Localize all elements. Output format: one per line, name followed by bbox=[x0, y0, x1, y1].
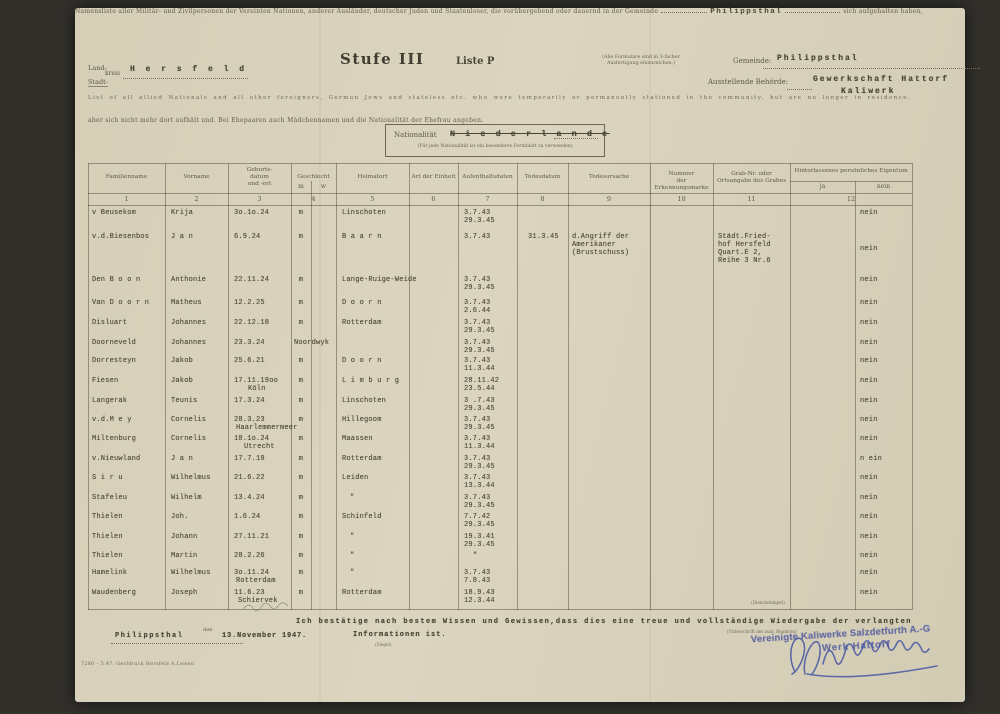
gemeinde-value: Philippsthal bbox=[777, 54, 859, 63]
cell-geburtsdatum: 6.9.24 bbox=[234, 233, 260, 241]
cell-heimatort: L i m b u r g bbox=[342, 377, 399, 385]
cell-eigentum: nein bbox=[860, 494, 878, 502]
cell-geschlecht: m bbox=[291, 397, 311, 405]
cell-geschlecht: m bbox=[291, 209, 311, 217]
cell-aufenthaltsdaten: 29.3.45 bbox=[464, 347, 495, 355]
cell-familienname: Doorneveld bbox=[92, 339, 136, 347]
cell-aufenthaltsdaten: 29.3.45 bbox=[464, 284, 495, 292]
table-hline bbox=[88, 193, 912, 194]
gemeinde-label: Gemeinde: bbox=[733, 57, 771, 65]
cell-geburtsdatum: 3o.1o.24 bbox=[234, 209, 269, 217]
table-row: WaudenbergJoseph11.6.23SchiervekmRotterd… bbox=[88, 588, 912, 610]
cell-grab: Quart.E 2, bbox=[718, 249, 762, 257]
column-header-line: der Erkennungsmarke bbox=[650, 178, 713, 192]
nationality-label: Nationalität bbox=[394, 131, 437, 139]
cell-geschlecht: m bbox=[291, 435, 311, 443]
column-header: Familienname bbox=[88, 174, 165, 181]
cell-eigentum: nein bbox=[860, 513, 878, 521]
cell-geschlecht: m bbox=[291, 299, 311, 307]
cell-geburtsdatum: 22.12.18 bbox=[234, 319, 269, 327]
column-header-line: Todesursache bbox=[568, 174, 650, 181]
column-header-line: Vorname bbox=[165, 174, 228, 181]
table-row: MiltenburgCornelis18.1o.24UtrechtmMaasse… bbox=[88, 434, 912, 454]
cell-geburtsort: Haarlemmermeer bbox=[236, 424, 298, 432]
dotted-leader bbox=[785, 12, 840, 13]
cell-vorname: Johann bbox=[171, 533, 197, 541]
pencil-mark bbox=[241, 600, 291, 614]
cell-geschlecht: m bbox=[291, 377, 311, 385]
cell-aufenthaltsdaten: 18.9.43 bbox=[464, 589, 495, 597]
table-row: S i r uWilhelmus21.6.22mLeiden3.7.4313.3… bbox=[88, 473, 912, 493]
cell-familienname: v.Nieuwland bbox=[92, 455, 140, 463]
cell-geburtsdatum: 17.11.19oo bbox=[234, 377, 278, 385]
column-header-line: und -ort bbox=[228, 181, 291, 188]
cell-aufenthaltsdaten: 29.3.45 bbox=[464, 463, 495, 471]
cell-vorname: Cornelis bbox=[171, 416, 206, 424]
cell-eigentum: nein bbox=[860, 552, 878, 560]
column-header-line: Nummer bbox=[650, 171, 713, 178]
cell-aufenthaltsdaten: 12.3.44 bbox=[464, 597, 495, 605]
form-note: (Alle Formulare sind in 3-facher Ausfert… bbox=[581, 55, 701, 66]
table-row: ThielenJoh.1.6.24mSchinfeld7.7.4229.3.45… bbox=[88, 512, 912, 532]
cell-geschlecht: m bbox=[291, 569, 311, 577]
table-row: LangerakTeunis17.3.24mLinschoten3 .7.432… bbox=[88, 396, 912, 415]
cell-aufenthaltsdaten: 3.7.43 bbox=[464, 416, 490, 424]
column-header: Aufenthaltsdaten bbox=[458, 174, 517, 181]
column-header: Vorname bbox=[165, 174, 228, 181]
table-hline bbox=[790, 181, 912, 182]
signature bbox=[775, 618, 965, 680]
column-header-line: Ortsangabe des Grabes bbox=[713, 178, 790, 185]
subheader-nein: nein bbox=[855, 183, 912, 190]
cell-aufenthaltsdaten: 7.7.42 bbox=[464, 513, 490, 521]
cell-heimatort: " bbox=[350, 494, 354, 502]
cell-familienname: Waudenberg bbox=[92, 589, 136, 597]
cell-geschlecht: m bbox=[291, 552, 311, 560]
column-header-line: Heimatort bbox=[336, 174, 409, 181]
confirmation-line2: Informationen ist. bbox=[353, 631, 447, 639]
cell-aufenthaltsdaten: 7.8.43 bbox=[464, 577, 490, 585]
cell-familienname: Van D o o r n bbox=[92, 299, 149, 307]
column-number: 9 bbox=[568, 195, 650, 203]
cell-aufenthaltsdaten: 29.3.45 bbox=[464, 217, 495, 225]
table-row: DisluartJohannes22.12.18mRotterdam3.7.43… bbox=[88, 318, 912, 338]
cell-geschlecht: m bbox=[291, 319, 311, 327]
cell-aufenthaltsdaten: 3.7.43 bbox=[464, 209, 490, 217]
subheader-m: m bbox=[291, 183, 311, 190]
cell-geburtsort: Utrecht bbox=[244, 443, 275, 451]
cell-aufenthaltsdaten: 29.3.45 bbox=[464, 405, 495, 413]
cell-vorname: Jakob bbox=[171, 377, 193, 385]
column-header-line: Aufenthaltsdaten bbox=[458, 174, 517, 181]
cell-eigentum: nein bbox=[860, 397, 878, 405]
cell-geschlecht: m bbox=[291, 233, 311, 241]
cell-familienname: Dorresteyn bbox=[92, 357, 136, 365]
cell-vorname: J a n bbox=[171, 455, 193, 463]
table-row: v.d.M e yCornelis28.3.23HaarlemmermeermH… bbox=[88, 415, 912, 434]
cell-geburtsdatum: 28.2.26 bbox=[234, 552, 265, 560]
cell-vorname: Joseph bbox=[171, 589, 197, 597]
gemeinde-line bbox=[763, 67, 980, 69]
cell-vorname: Jakob bbox=[171, 357, 193, 365]
table-row: StafeleuWilhelm13.4.24m"3.7.4329.3.45nei… bbox=[88, 493, 912, 512]
cell-vorname: J a n bbox=[171, 233, 193, 241]
cell-geburtsdatum: 1.6.24 bbox=[234, 513, 260, 521]
column-header-line: Hinterlassenes persönliches Eigentum bbox=[790, 168, 912, 175]
paragraph-german-1: Namensliste aller Militär- und Zivilpers… bbox=[75, 8, 658, 15]
cell-heimatort: Noordwyk bbox=[294, 339, 329, 347]
table-row: v.NieuwlandJ a n17.7.19mRotterdam3.7.432… bbox=[88, 454, 912, 473]
cell-vorname: Wilhelmus bbox=[171, 569, 211, 577]
cell-vorname: Krija bbox=[171, 209, 193, 217]
cell-heimatort: D o o r n bbox=[342, 299, 382, 307]
cell-familienname: Stafeleu bbox=[92, 494, 127, 502]
cell-todesursache: (Brustschuss) bbox=[572, 249, 629, 257]
cell-geschlecht: m bbox=[291, 474, 311, 482]
cell-aufenthaltsdaten: 2.6.44 bbox=[464, 307, 490, 315]
dienststempel-note: (Dienststempel) bbox=[751, 600, 785, 605]
cell-geschlecht: m bbox=[291, 276, 311, 284]
cell-aufenthaltsdaten: 3.7.43 bbox=[464, 319, 490, 327]
den-label: den bbox=[203, 627, 212, 633]
column-header-line: Art der Einheit bbox=[409, 174, 458, 181]
cell-grab: Städt.Fried- bbox=[718, 233, 771, 241]
behoerde-value1: Gewerkschaft Hattorf bbox=[813, 75, 949, 84]
column-header-line: Familienname bbox=[88, 174, 165, 181]
column-header: Todesdatum bbox=[517, 174, 568, 181]
cell-vorname: Wilhelm bbox=[171, 494, 202, 502]
cell-aufenthaltsdaten: 11.3.44 bbox=[464, 365, 495, 373]
cell-geschlecht: m bbox=[291, 455, 311, 463]
cell-familienname: Hamelink bbox=[92, 569, 127, 577]
kreis-line bbox=[123, 77, 248, 79]
liste-label: Liste P bbox=[456, 56, 494, 67]
table-row: FiesenJakob17.11.19ooKölnmL i m b u r g2… bbox=[88, 376, 912, 396]
table-vline bbox=[912, 163, 913, 610]
cell-eigentum: nein bbox=[860, 357, 878, 365]
column-number: 6 bbox=[409, 195, 458, 203]
cell-familienname: Fiesen bbox=[92, 377, 118, 385]
cell-geburtsdatum: 17.3.24 bbox=[234, 397, 265, 405]
cell-heimatort: D o o r n bbox=[342, 357, 382, 365]
cell-familienname: Thielen bbox=[92, 552, 123, 560]
column-header: Heimatort bbox=[336, 174, 409, 181]
cell-eigentum: nein bbox=[860, 416, 878, 424]
cell-eigentum: nein bbox=[860, 569, 878, 577]
cell-heimatort: Rotterdam bbox=[342, 319, 382, 327]
kreis-value: H e r s f e l d bbox=[130, 65, 247, 74]
column-number: 12 bbox=[790, 195, 912, 203]
column-number: 4 bbox=[291, 195, 336, 203]
table-row: v BeusekomKrija3o.1o.24mLinschoten3.7.43… bbox=[88, 208, 912, 232]
paragraph-english: List of all allied Nationals and all oth… bbox=[88, 95, 936, 101]
column-header: Hinterlassenes persönliches Eigentum bbox=[790, 168, 912, 175]
cell-vorname: Joh. bbox=[171, 513, 189, 521]
document-paper: Stufe III Liste P (Alle Formulare sind i… bbox=[75, 8, 965, 702]
cell-heimatort: Rotterdam bbox=[342, 455, 382, 463]
subheader-w: w bbox=[311, 183, 336, 190]
form-title: Stufe III bbox=[340, 50, 424, 68]
column-header-line: Grab-Nr. oder bbox=[713, 171, 790, 178]
land-label: Land- bbox=[88, 64, 107, 72]
cell-eigentum: nein bbox=[860, 209, 878, 217]
column-header-line: Geschlecht bbox=[291, 174, 336, 181]
column-number: 2 bbox=[165, 195, 228, 203]
cell-heimatort: Maassen bbox=[342, 435, 373, 443]
cell-eigentum: nein bbox=[860, 319, 878, 327]
date-value: 13.November 1947. bbox=[222, 632, 307, 640]
cell-familienname: v.d.Biesenbos bbox=[92, 233, 149, 241]
print-code: 7280 – 5.47. Gevldruck Hersfeld A.Leisen bbox=[81, 662, 194, 667]
dotted-leader bbox=[661, 12, 707, 13]
nationality-box: Nationalität N i e d e r l a n d e (Für … bbox=[385, 124, 605, 157]
column-header-line: datum bbox=[228, 174, 291, 181]
cell-aufenthaltsdaten: 29.3.45 bbox=[464, 327, 495, 335]
cell-heimatort: Leiden bbox=[342, 474, 368, 482]
cell-aufenthaltsdaten: 3.7.43 bbox=[464, 357, 490, 365]
cell-aufenthaltsdaten: 3 .7.43 bbox=[464, 397, 495, 405]
cell-geburtsort: Rotterdam bbox=[236, 577, 276, 585]
cell-geburtsdatum: 13.4.24 bbox=[234, 494, 265, 502]
cell-geburtsdatum: 27.11.21 bbox=[234, 533, 269, 541]
table-hline bbox=[88, 163, 912, 164]
cell-aufenthaltsdaten: 23.5.44 bbox=[464, 385, 495, 393]
cell-eigentum: nein bbox=[860, 589, 878, 597]
cell-geburtsdatum: 22.11.24 bbox=[234, 276, 269, 284]
cell-aufenthaltsdaten: 3.7.43 bbox=[464, 299, 490, 307]
cell-familienname: v Beusekom bbox=[92, 209, 136, 217]
cell-geburtsdatum: 3o.11.24 bbox=[234, 569, 269, 577]
cell-grab: Reihe 3 Nr.6 bbox=[718, 257, 771, 265]
cell-heimatort: Rotterdam bbox=[342, 589, 382, 597]
paragraph-german-3: aber sich nicht mehr dort aufhält und. B… bbox=[88, 117, 483, 124]
table-row: ThielenMartin28.2.26m""nein bbox=[88, 551, 912, 568]
data-table: FamiliennameVornameGeburts-datumund -ort… bbox=[88, 163, 912, 610]
place-line bbox=[111, 642, 243, 644]
cell-aufenthaltsdaten: 29.3.45 bbox=[464, 424, 495, 432]
cell-eigentum: nein bbox=[860, 276, 878, 284]
cell-vorname: Johannes bbox=[171, 319, 206, 327]
cell-vorname: Wilhelmus bbox=[171, 474, 211, 482]
cell-familienname: S i r u bbox=[92, 474, 123, 482]
paragraph-german: Namensliste aller Militär- und Zivilpers… bbox=[75, 8, 923, 16]
cell-heimatort: " bbox=[350, 533, 354, 541]
cell-familienname: Thielen bbox=[92, 513, 123, 521]
place-value: Philippsthal bbox=[115, 632, 183, 640]
cell-aufenthaltsdaten: 3.7.43 bbox=[464, 494, 490, 502]
column-header: Art der Einheit bbox=[409, 174, 458, 181]
cell-vorname: Matheus bbox=[171, 299, 202, 307]
kreis-label: kreis bbox=[105, 70, 120, 77]
cell-geschlecht: m bbox=[291, 533, 311, 541]
column-number: 1 bbox=[88, 195, 165, 203]
cell-geburtsdatum: 11.6.23 bbox=[234, 589, 265, 597]
cell-familienname: v.d.M e y bbox=[92, 416, 132, 424]
cell-eigentum: n ein bbox=[860, 455, 882, 463]
table-hline bbox=[88, 205, 912, 206]
cell-heimatort: B a a r n bbox=[342, 233, 382, 241]
column-header: Geburts-datumund -ort bbox=[228, 167, 291, 187]
cell-geburtsdatum: 25.6.21 bbox=[234, 357, 265, 365]
cell-grab: hof Hersfeld bbox=[718, 241, 771, 249]
cell-eigentum: nein bbox=[860, 299, 878, 307]
behoerde-label: Ausstellende Behörde: bbox=[708, 78, 788, 86]
column-number: 11 bbox=[713, 195, 790, 203]
cell-aufenthaltsdaten: " bbox=[473, 552, 477, 560]
cell-familienname: Langerak bbox=[92, 397, 127, 405]
table-row: v.d.BiesenbosJ a n6.9.24mB a a r n3.7.43… bbox=[88, 232, 912, 275]
cell-aufenthaltsdaten: 29.3.45 bbox=[464, 521, 495, 529]
siegel-note: (Siegel) bbox=[375, 642, 391, 647]
cell-aufenthaltsdaten: 29.3.45 bbox=[464, 541, 495, 549]
cell-geburtsdatum: 21.6.22 bbox=[234, 474, 265, 482]
cell-todesursache: d.Angriff der bbox=[572, 233, 629, 241]
form-note-line2: Ausfertigung einzureichen.) bbox=[581, 61, 701, 67]
cell-familienname: Miltenburg bbox=[92, 435, 136, 443]
cell-eigentum: nein bbox=[860, 245, 878, 253]
cell-geburtsdatum: 12.2.25 bbox=[234, 299, 265, 307]
cell-vorname: Johannes bbox=[171, 339, 206, 347]
table-row: DoorneveldJohannes23.3.24Noordwyk3.7.432… bbox=[88, 338, 912, 356]
cell-eigentum: nein bbox=[860, 339, 878, 347]
table-row: HamelinkWilhelmus3o.11.24Rotterdamm"3.7.… bbox=[88, 568, 912, 588]
scan-background: Stufe III Liste P (Alle Formulare sind i… bbox=[0, 0, 1000, 714]
cell-vorname: Martin bbox=[171, 552, 197, 560]
cell-eigentum: nein bbox=[860, 474, 878, 482]
column-number: 5 bbox=[336, 195, 409, 203]
table-row: Van D o o r nMatheus12.2.25mD o o r n3.7… bbox=[88, 298, 912, 318]
cell-familienname: Den B o o n bbox=[92, 276, 140, 284]
cell-aufenthaltsdaten: 3.7.43 bbox=[464, 474, 490, 482]
paragraph-german-2: sich aufgehalten haben, bbox=[843, 8, 923, 15]
cell-aufenthaltsdaten: 3.7.43 bbox=[464, 569, 490, 577]
cell-heimatort: Hillegoom bbox=[342, 416, 382, 424]
cell-aufenthaltsdaten: 29.3.45 bbox=[464, 502, 495, 510]
column-header: Grab-Nr. oderOrtsangabe des Grabes bbox=[713, 171, 790, 185]
cell-geschlecht: m bbox=[291, 494, 311, 502]
behoerde-line bbox=[787, 88, 812, 90]
nationality-line bbox=[554, 137, 598, 139]
cell-aufenthaltsdaten: 13.3.44 bbox=[464, 482, 495, 490]
nationality-note: (Für jede Nationalität ist ein besondere… bbox=[386, 144, 604, 149]
table-row: ThielenJohann27.11.21m"19.3.4129.3.45nei… bbox=[88, 532, 912, 551]
column-header-line: Geburts- bbox=[228, 167, 291, 174]
cell-vorname: Cornelis bbox=[171, 435, 206, 443]
column-header-line: Todesdatum bbox=[517, 174, 568, 181]
cell-heimatort: " bbox=[350, 552, 354, 560]
cell-eigentum: nein bbox=[860, 533, 878, 541]
cell-todesursache: Amerikaner bbox=[572, 241, 616, 249]
cell-geschlecht: m bbox=[291, 513, 311, 521]
cell-geschlecht: m bbox=[291, 357, 311, 365]
cell-geburtsdatum: 23.3.24 bbox=[234, 339, 265, 347]
cell-geburtsort: Köln bbox=[248, 385, 266, 393]
cell-vorname: Teunis bbox=[171, 397, 197, 405]
cell-geburtsdatum: 18.1o.24 bbox=[234, 435, 269, 443]
column-number: 3 bbox=[228, 195, 291, 203]
cell-aufenthaltsdaten: 3.7.43 bbox=[464, 435, 490, 443]
cell-familienname: Thielen bbox=[92, 533, 123, 541]
cell-aufenthaltsdaten: 11.3.44 bbox=[464, 443, 495, 451]
cell-geschlecht: m bbox=[291, 589, 311, 597]
table-row: Den B o o nAnthonie22.11.24mLange-Ruige-… bbox=[88, 275, 912, 298]
cell-aufenthaltsdaten: 28.11.42 bbox=[464, 377, 499, 385]
cell-eigentum: nein bbox=[860, 435, 878, 443]
column-number: 8 bbox=[517, 195, 568, 203]
cell-familienname: Disluart bbox=[92, 319, 127, 327]
table-row: DorresteynJakob25.6.21mD o o r n3.7.4311… bbox=[88, 356, 912, 376]
cell-heimatort: " bbox=[350, 569, 354, 577]
cell-geburtsdatum: 28.3.23 bbox=[234, 416, 265, 424]
cell-aufenthaltsdaten: 3.7.43 bbox=[464, 233, 490, 241]
cell-geschlecht: m bbox=[291, 416, 311, 424]
cell-eigentum: nein bbox=[860, 377, 878, 385]
column-number: 7 bbox=[458, 195, 517, 203]
cell-aufenthaltsdaten: 3.7.43 bbox=[464, 339, 490, 347]
cell-heimatort: Linschoten bbox=[342, 209, 386, 217]
paragraph-gemeinde-value: Philippsthal bbox=[710, 8, 782, 16]
cell-heimatort: Linschoten bbox=[342, 397, 386, 405]
cell-heimatort: Schinfeld bbox=[342, 513, 382, 521]
cell-aufenthaltsdaten: 3.7.43 bbox=[464, 455, 490, 463]
subheader-ja: ja bbox=[790, 183, 855, 190]
cell-vorname: Anthonie bbox=[171, 276, 206, 284]
column-header: Geschlecht bbox=[291, 174, 336, 181]
cell-aufenthaltsdaten: 3.7.43 bbox=[464, 276, 490, 284]
column-number: 10 bbox=[650, 195, 713, 203]
cell-todesdatum: 31.3.45 bbox=[528, 233, 559, 241]
cell-heimatort: Lange-Ruige-Weide bbox=[342, 276, 417, 284]
stadt-label: Stadt- bbox=[88, 78, 108, 87]
column-header: Todesursache bbox=[568, 174, 650, 181]
cell-aufenthaltsdaten: 19.3.41 bbox=[464, 533, 495, 541]
cell-geburtsdatum: 17.7.19 bbox=[234, 455, 265, 463]
column-header: Nummerder Erkennungsmarke bbox=[650, 171, 713, 191]
